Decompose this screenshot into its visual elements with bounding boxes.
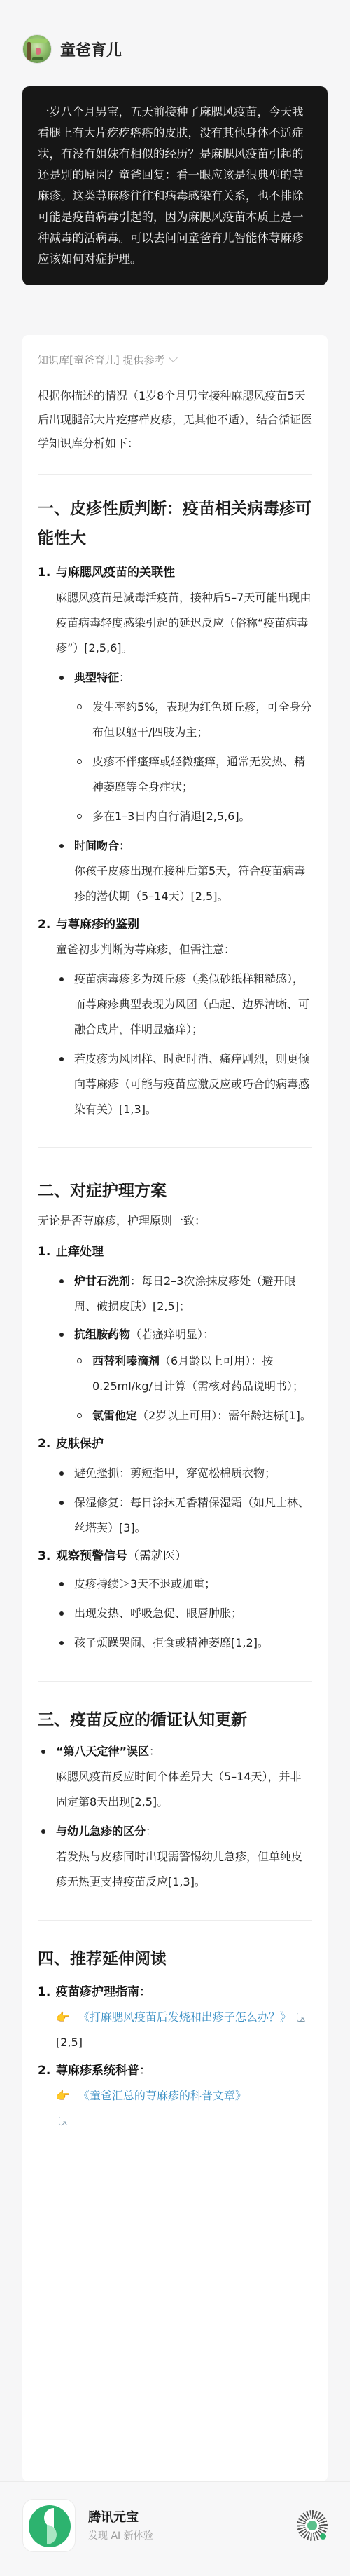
reading-link-row: 👉《打麻腮风疫苗后发烧和出疹子怎么办？》[2,5]: [38, 2005, 312, 2055]
list-item: 发生率约5%，表现为红色斑丘疹，可全身分布但以躯干/四肢为主；: [74, 695, 312, 745]
bullet-label: 炉甘石洗剂: [74, 1274, 130, 1288]
list-item: 皮疹持续＞3天不退或加重；: [56, 1572, 312, 1597]
logo-swirl-top: [44, 2508, 64, 2528]
bullet-icon: [56, 1490, 74, 1541]
list-number: 1.: [38, 560, 56, 585]
bullet-icon: [56, 1047, 74, 1122]
bullet-icon: [56, 967, 74, 1042]
section-divider: [38, 474, 312, 475]
list-item-text: 孩子烦躁哭闹、拒食或精神萎靡[1,2]。: [74, 1630, 269, 1656]
paragraph: 若发热与皮疹同时出现需警惕幼儿急疹，但单纯皮疹无热更支持疫苗反应[1,3]。: [38, 1844, 312, 1895]
circle-bullet-icon: [74, 749, 92, 800]
section-divider: [38, 1681, 312, 1682]
list-item-text: 发生率约5%，表现为红色斑丘疹，可全身分布但以躯干/四肢为主；: [92, 695, 312, 745]
list-item: 疫苗病毒疹多为斑丘疹（类似砂纸样粗糙感），而荨麻疹典型表现为风团（凸起、边界清晰…: [56, 967, 312, 1042]
app-promo-footer: 腾讯元宝 发现 AI 新体验: [0, 2481, 350, 2576]
list-item: 若皮疹为风团样、时起时消、瘙痒剧烈，则更倾向荨麻疹（可能与疫苗应激反应或巧合的病…: [56, 1047, 312, 1122]
list-item-text: （2岁以上可用）：需年龄达标[1]。: [137, 1409, 311, 1422]
list-item: 出现发热、呼吸急促、眼唇肿胀；: [56, 1601, 312, 1626]
agent-name: 童爸育儿: [60, 39, 122, 60]
yuanbao-logo-icon: [22, 2499, 76, 2552]
bullet-icon: [56, 665, 74, 690]
bullet-icon: [56, 1601, 74, 1626]
paragraph: 童爸初步判断为荨麻疹，但需注意：: [38, 937, 312, 962]
logo-swirl-bottom: [37, 2525, 57, 2544]
answer-intro: 根据你描述的情况（1岁8个月男宝接种麻腮风疫苗5天后出现腿部大片疙瘩样皮疹，无其…: [38, 384, 312, 456]
list-number: 3.: [38, 1543, 56, 1569]
bullet-suffix: ：: [149, 1745, 160, 1758]
avatar-banner-shape: [28, 39, 48, 43]
pointing-hand-icon: 👉: [56, 2083, 70, 2108]
logo-disc: [29, 2505, 71, 2547]
list-item-text: （若瘙痒明显）：: [130, 1328, 214, 1341]
list-item-text: 保湿修复：每日涂抹无香精保湿霜（如凡士林、丝塔芙）[3]。: [74, 1490, 312, 1541]
list-item: 孩子烦躁哭闹、拒食或精神萎靡[1,2]。: [56, 1630, 312, 1656]
subsection-heading: 2. 与荨麻疹的鉴别: [38, 912, 312, 937]
avatar-label-shape: [32, 57, 43, 60]
list-item-text: 出现发热、呼吸急促、眼唇肿胀；: [74, 1601, 242, 1626]
list-number: 2.: [38, 2058, 56, 2083]
bullet-suffix: ：: [119, 839, 130, 852]
subsection-heading: 2. 荨麻疹系统科普：: [38, 2058, 312, 2083]
footer-slogan: 发现 AI 新体验: [88, 2528, 153, 2542]
subsection-suffix: ：: [139, 1985, 151, 1999]
list-item-text: 皮疹持续＞3天不退或加重；: [74, 1572, 216, 1597]
list-item-text: 避免搔抓：剪短指甲，穿宽松棉质衣物；: [74, 1461, 276, 1486]
subsection-title: 止痒处理: [56, 1239, 104, 1265]
circle-bullet-icon: [74, 1349, 92, 1399]
external-link-icon[interactable]: [59, 2116, 68, 2125]
chevron-down-icon: [169, 353, 178, 362]
list-item: 时间吻合：: [56, 833, 312, 859]
section-divider: [38, 1147, 312, 1148]
qr-center-logo: [305, 2519, 319, 2533]
section-1-title: 一、皮疹性质判断：疫苗相关病毒疹可能性大: [38, 494, 312, 553]
pointing-hand-icon: 👉: [56, 2005, 70, 2030]
circle-bullet-icon: [74, 1403, 92, 1429]
subsection-title: 荨麻疹系统科普: [56, 2064, 139, 2078]
list-item: 皮疹不伴瘙痒或轻微瘙痒，通常无发热、精神萎靡等全身症状；: [74, 749, 312, 800]
bullet-suffix: ：: [146, 1825, 157, 1838]
list-number: 1.: [38, 1979, 56, 2005]
bullet-icon: [56, 1322, 74, 1347]
subsection-heading: 1. 止痒处理: [38, 1239, 312, 1265]
section-4-title: 四、推荐延伸阅读: [38, 1944, 312, 1974]
subsection-heading: 2. 皮肤保护: [38, 1431, 312, 1457]
qr-code-icon[interactable]: [297, 2510, 328, 2541]
bullet-suffix: ：: [119, 671, 130, 684]
paragraph: 麻腮风疫苗反应时间个体差异大（5–14天），并非固定第8天出现[2,5]。: [38, 1764, 312, 1815]
avatar-child-shape: [36, 48, 41, 55]
list-number: 2.: [38, 1431, 56, 1457]
bullet-icon: [38, 1819, 56, 1844]
bullet-icon: [56, 833, 74, 859]
list-item: 与幼儿急疹的区分：: [38, 1819, 312, 1844]
list-item-text: 疫苗病毒疹多为斑丘疹（类似砂纸样粗糙感），而荨麻疹典型表现为风团（凸起、边界清晰…: [74, 967, 312, 1042]
circle-bullet-icon: [74, 695, 92, 745]
section-2: 二、对症护理方案 无论是否荨麻疹，护理原则一致： 1. 止痒处理 炉甘石洗剂：每…: [38, 1176, 312, 1656]
subsection-title-note: （需就医）: [127, 1549, 187, 1563]
list-item: 氯雷他定（2岁以上可用）：需年龄达标[1]。: [74, 1403, 312, 1429]
subsection-title: 皮肤保护: [56, 1431, 104, 1457]
knowledge-source-label: 知识库[童爸育儿] 提供参考: [38, 353, 164, 367]
subsection-title: 疫苗疹护理指南: [56, 1985, 139, 1999]
section-1: 一、皮疹性质判断：疫苗相关病毒疹可能性大 1. 与麻腮风疫苗的关联性 麻腮风疫苗…: [38, 494, 312, 1122]
reading-link-row: [38, 2108, 312, 2134]
paragraph: 麻腮风疫苗是减毒活疫苗，接种后5–7天可能出现由疫苗病毒轻度感染引起的延迟反应（…: [38, 585, 312, 661]
list-item: 保湿修复：每日涂抹无香精保湿霜（如凡士林、丝塔芙）[3]。: [56, 1490, 312, 1541]
reading-link-row: 👉《童爸汇总的荨麻疹的科普文章》: [38, 2083, 312, 2108]
subsection-heading: 1. 与麻腮风疫苗的关联性: [38, 560, 312, 585]
list-item: 多在1–3日内自行消退[2,5,6]。: [74, 804, 312, 829]
chat-header: 童爸育儿: [22, 34, 122, 64]
bullet-label: 时间吻合: [74, 839, 119, 852]
section-3: 三、疫苗反应的循证认知更新 “第八天定律”误区： 麻腮风疫苗反应时间个体差异大（…: [38, 1705, 312, 1895]
footer-brand-name: 腾讯元宝: [88, 2507, 139, 2526]
list-item: 避免搔抓：剪短指甲，穿宽松棉质衣物；: [56, 1461, 312, 1486]
paragraph: 你孩子皮疹出现在接种后第5天，符合疫苗病毒疹的潜伏期（5–14天）[2,5]。: [56, 859, 312, 909]
circle-bullet-icon: [74, 804, 92, 829]
list-item: 抗组胺药物（若瘙痒明显）：: [56, 1322, 312, 1347]
bullet-icon: [56, 1461, 74, 1486]
list-number: 1.: [38, 1239, 56, 1265]
bullet-icon: [56, 1572, 74, 1597]
article-link[interactable]: 《打麻腮风疫苗后发烧和出疹子怎么办？》: [78, 2010, 291, 2024]
assistant-answer-card: 知识库[童爸育儿] 提供参考 根据你描述的情况（1岁8个月男宝接种麻腮风疫苗5天…: [22, 335, 328, 2481]
subsection-title: 观察预警信号: [56, 1549, 127, 1563]
knowledge-source-toggle[interactable]: 知识库[童爸育儿] 提供参考: [38, 350, 312, 369]
user-message-text: 一岁八个月男宝，五天前接种了麻腮风疫苗，今天我看腿上有大片疙疙瘩瘩的皮肤，没有其…: [38, 102, 312, 270]
qr-badge: [320, 2533, 326, 2540]
list-item-text: 皮疹不伴瘙痒或轻微瘙痒，通常无发热、精神萎靡等全身症状；: [92, 749, 312, 800]
agent-avatar[interactable]: [22, 34, 52, 64]
subsection-suffix: ：: [139, 2064, 151, 2078]
external-link-icon[interactable]: [297, 2012, 306, 2022]
section-4: 四、推荐延伸阅读 1. 疫苗疹护理指南： 👉《打麻腮风疫苗后发烧和出疹子怎么办？…: [38, 1944, 312, 2134]
subsection-title: 与麻腮风疫苗的关联性: [56, 560, 175, 585]
bullet-label: 典型特征: [74, 671, 119, 684]
user-message-bubble: 一岁八个月男宝，五天前接种了麻腮风疫苗，今天我看腿上有大片疙疙瘩瘩的皮肤，没有其…: [22, 86, 328, 285]
section-2-title: 二、对症护理方案: [38, 1176, 312, 1206]
avatar-tree-shape: [27, 42, 31, 60]
subsection-heading: 1. 疫苗疹护理指南：: [38, 1979, 312, 2005]
citation: [2,5]: [56, 2036, 83, 2049]
list-item-text: 多在1–3日内自行消退[2,5,6]。: [92, 804, 251, 829]
subsection-heading: 3. 观察预警信号（需就医）: [38, 1543, 312, 1569]
drug-name: 氯雷他定: [92, 1409, 137, 1422]
bullet-label: 抗组胺药物: [74, 1328, 130, 1341]
drug-name: 西替利嗪滴剂: [92, 1354, 160, 1368]
bullet-label: 与幼儿急疹的区分: [56, 1825, 146, 1838]
article-link[interactable]: 《童爸汇总的荨麻疹的科普文章》: [78, 2089, 246, 2102]
list-item-text: 若皮疹为风团样、时起时消、瘙痒剧烈，则更倾向荨麻疹（可能与疫苗应激反应或巧合的病…: [74, 1047, 312, 1122]
list-item: 炉甘石洗剂：每日2–3次涂抹皮疹处（避开眼周、破损皮肤）[2,5]；: [56, 1269, 312, 1319]
list-item: 典型特征：: [56, 665, 312, 690]
list-item: 西替利嗪滴剂（6月龄以上可用）：按0.25ml/kg/日计算（需核对药品说明书）…: [74, 1349, 312, 1399]
paragraph: 无论是否荨麻疹，护理原则一致：: [38, 1208, 312, 1234]
bullet-label: “第八天定律”误区: [56, 1745, 149, 1758]
bullet-icon: [56, 1630, 74, 1656]
list-number: 2.: [38, 912, 56, 937]
bullet-icon: [56, 1269, 74, 1319]
list-item: “第八天定律”误区：: [38, 1739, 312, 1764]
bullet-icon: [38, 1739, 56, 1764]
section-divider: [38, 1920, 312, 1921]
subsection-title: 与荨麻疹的鉴别: [56, 912, 139, 937]
section-3-title: 三、疫苗反应的循证认知更新: [38, 1705, 312, 1735]
